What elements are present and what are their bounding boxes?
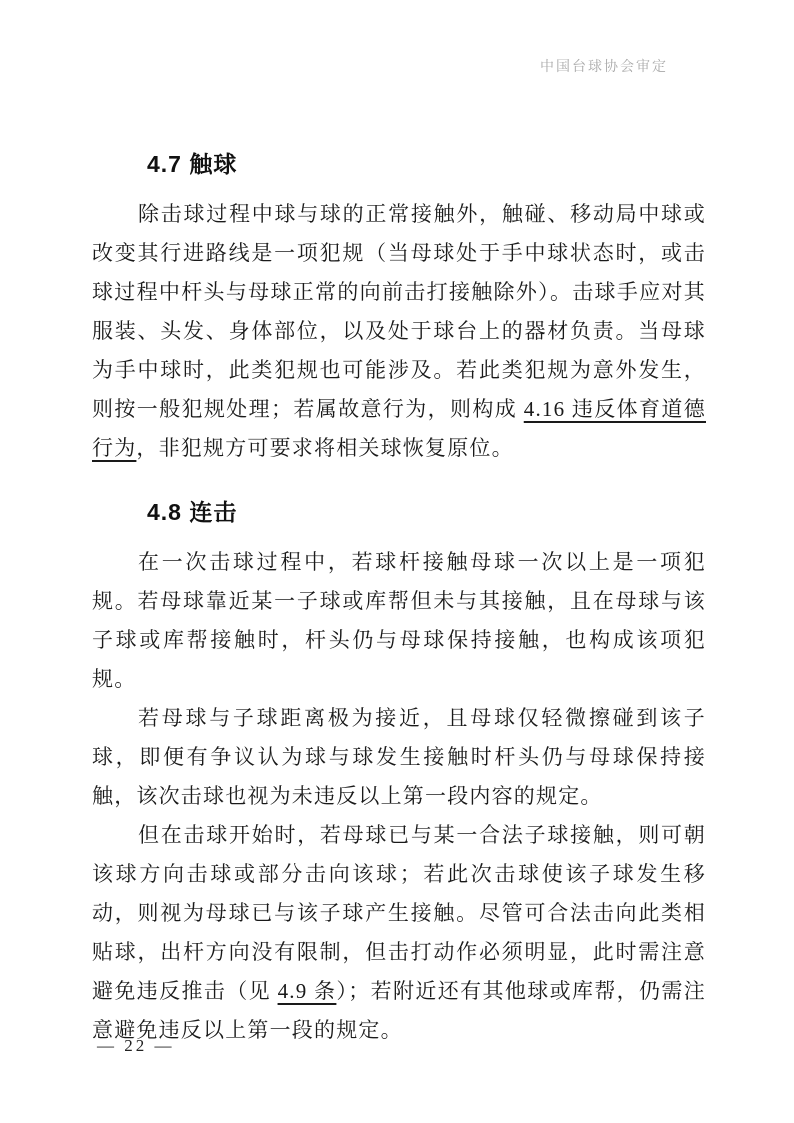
document-content: 4.7 触球 除击球过程中球与球的正常接触外，触碰、移动局中球或改变其行进路线是…: [92, 146, 706, 1050]
section-4-8-paragraph-1: 在一次击球过程中，若球杆接触母球一次以上是一项犯规。若母球靠近某一子球或库帮但未…: [92, 543, 706, 699]
section-4-7-title: 4.7 触球: [92, 146, 706, 179]
section-4-8-paragraph-3: 但在击球开始时，若母球已与某一合法子球接触，则可朝该球方向击球或部分击向该球；若…: [92, 816, 706, 1050]
document-page: 中国台球协会审定 4.7 触球 除击球过程中球与球的正常接触外，触碰、移动局中球…: [0, 0, 794, 1123]
page-header-watermark: 中国台球协会审定: [540, 56, 668, 76]
page-number: — 22 —: [97, 1036, 175, 1056]
paragraph-text: 除击球过程中球与球的正常接触外，触碰、移动局中球或改变其行进路线是一项犯规（当母…: [92, 202, 706, 421]
cross-reference-4-9: 4.9 条: [278, 979, 337, 1003]
section-4-8-title: 4.8 连击: [92, 494, 706, 527]
section-4-8-paragraph-2: 若母球与子球距离极为接近，且母球仅轻微擦碰到该子球，即便有争议认为球与球发生接触…: [92, 699, 706, 816]
paragraph-text: ，非犯规方可要求将相关球恢复原位。: [136, 436, 513, 460]
section-4-7-paragraph-1: 除击球过程中球与球的正常接触外，触碰、移动局中球或改变其行进路线是一项犯规（当母…: [92, 195, 706, 468]
paragraph-text: 但在击球开始时，若母球已与某一合法子球接触，则可朝该球方向击球或部分击向该球；若…: [92, 823, 706, 1003]
